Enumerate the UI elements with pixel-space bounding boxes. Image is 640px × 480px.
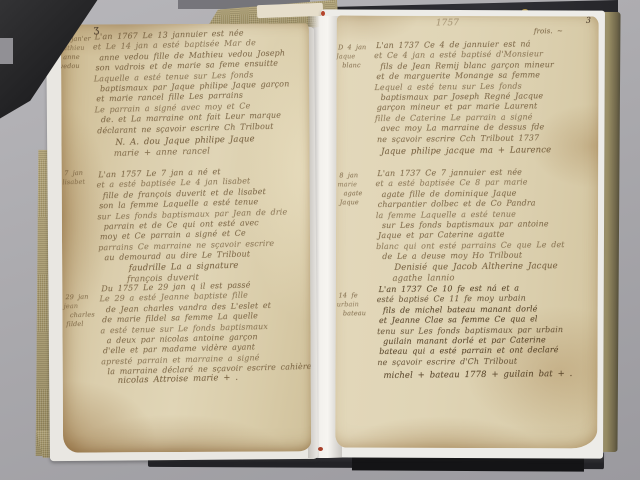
handwriting-line: bateau <box>343 309 375 318</box>
handwriting-line: Jaque <box>340 198 376 207</box>
signature-block: nicolas Attroise marie + . <box>118 373 239 387</box>
year-heading: 1757 <box>436 18 459 28</box>
corner-note: frois. ~ <box>534 27 563 35</box>
entry-block: Du 1757 Le 29 jan q il est passéLe 29 a … <box>101 279 311 378</box>
entry-block: L'an 1737 Ce 10 fe est ná et aesté bapti… <box>379 283 594 368</box>
handwriting-line: D 4 jan <box>338 43 374 52</box>
margin-note-block: D 4 janJaqueblanc <box>338 43 374 70</box>
manuscript-scan: ʒ 13 jan'ermathieuannevedou L'an 1767 Le… <box>0 0 640 480</box>
handwriting-line: vedou <box>61 61 96 71</box>
handwriting-line: Jaque philipe jacque ma + Laurence <box>381 145 551 158</box>
handwriting-line: Jaque <box>336 52 374 61</box>
entry-block: L'an 1737 Ce 7 jannuier est néeet a esté… <box>377 167 592 263</box>
folio-number: 3 <box>586 16 591 25</box>
left-page-script-layer: ʒ 13 jan'ermathieuannevedou L'an 1767 Le… <box>61 23 311 452</box>
handwriting-line: ne sçavoir escrire Cch Trilbout 1737 <box>377 132 591 145</box>
margin-note-block: 7 janlisabet <box>64 168 100 187</box>
entry-block: L'an 1757 Le 7 jan a né etet a esté bapt… <box>98 165 306 264</box>
right-page: 1757 frois. ~ 3 D 4 janJaqueblanc L'an 1… <box>335 16 599 449</box>
signature-block: Jaque philipe jacque ma + Laurence <box>381 145 551 158</box>
signature-block: N. A. dou Jaque philipe Jaquemarie + ann… <box>115 134 255 160</box>
entry-block: L'an 1737 Ce 4 de jannuier est náet Ce 4… <box>376 39 591 145</box>
handwriting-line: blanc <box>342 61 374 70</box>
handwriting-line: urbain <box>337 300 375 309</box>
handwriting-line: 14 fe <box>339 291 375 300</box>
handwriting-line: marie <box>337 180 375 189</box>
handwriting-line: agate <box>344 189 376 198</box>
handwriting-line: jean <box>64 301 102 311</box>
left-page: ʒ 13 jan'ermathieuannevedou L'an 1767 Le… <box>61 23 311 452</box>
handwriting-line: 8 jan <box>339 171 375 180</box>
margin-note-block: 29 janjeancharlesfildel <box>65 292 102 329</box>
handwriting-line: fildel <box>66 319 102 329</box>
binding-thread-top <box>321 11 325 16</box>
handwriting-line: de Le a deuse moy Ho Trilbout <box>382 250 592 263</box>
signature-block: michel + bateau 1778 + guilain bat + . <box>383 369 572 382</box>
margin-note-block: 8 janmarieagateJaque <box>339 171 375 207</box>
handwriting-line: nicolas Attroise marie + . <box>118 373 239 387</box>
handwriting-line: michel + bateau 1778 + guilain bat + . <box>383 369 572 382</box>
dark-board-corner-patch <box>0 38 13 64</box>
book-shadow-dark <box>352 456 584 471</box>
right-page-script-layer: 1757 frois. ~ 3 D 4 janJaqueblanc L'an 1… <box>335 16 599 449</box>
signature-block: Denisié que Jacob Altherine Jacqueagathe… <box>394 261 558 285</box>
margin-note-block: 14 feurbainbateau <box>339 291 375 318</box>
handwriting-line: lisabet <box>62 177 100 187</box>
handwriting-line: marie + anne rancel <box>114 145 256 160</box>
entry-block: L'an 1767 Le 13 jannuier est néeet Le 14… <box>95 27 304 136</box>
binding-thread-bottom <box>318 447 323 451</box>
handwriting-line: ne sçavoir escrire d'Ch Trilbout <box>377 355 593 368</box>
